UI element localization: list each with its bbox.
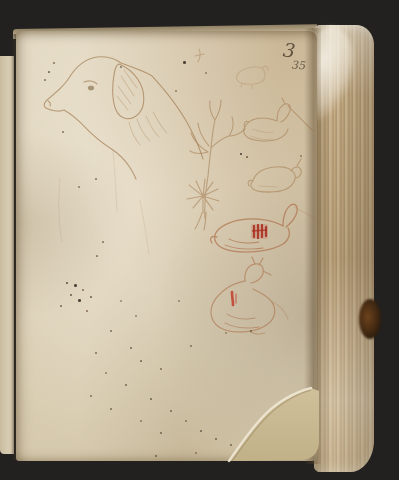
speck	[300, 155, 302, 157]
speck	[120, 300, 122, 302]
speck	[185, 420, 187, 422]
speck	[44, 79, 46, 81]
speck	[66, 282, 68, 284]
thistle-sketch	[187, 100, 245, 230]
speck	[200, 430, 202, 432]
speck	[82, 289, 84, 291]
manuscript-photo: 3 35	[0, 0, 399, 480]
speck	[190, 345, 192, 347]
speck	[135, 315, 137, 317]
speck	[95, 178, 97, 180]
speck	[175, 90, 177, 92]
speck	[246, 156, 248, 158]
speck	[86, 310, 88, 312]
speck	[96, 255, 98, 257]
speck	[140, 420, 142, 422]
speck	[155, 455, 157, 457]
speck	[250, 330, 252, 332]
speck	[205, 72, 207, 74]
speck	[178, 300, 180, 302]
speck	[120, 66, 122, 68]
dog-eye	[88, 86, 94, 91]
ink-squiggle	[195, 49, 204, 62]
speck	[195, 452, 197, 454]
lower-lamb-sketch	[211, 257, 288, 334]
unicorn-sketch	[244, 98, 313, 141]
speck	[125, 384, 127, 386]
speck	[225, 332, 227, 334]
speck	[90, 296, 92, 298]
dog-head-sketch	[44, 57, 203, 254]
speck	[78, 186, 80, 188]
speck	[78, 299, 81, 302]
speck	[160, 432, 162, 434]
speck	[70, 294, 72, 296]
folio-number-small: 35	[292, 60, 307, 72]
speck	[48, 71, 50, 73]
ink-sketches-layer	[0, 0, 399, 480]
speck	[160, 368, 162, 370]
speck	[240, 153, 242, 155]
speck	[53, 62, 55, 64]
speck	[170, 410, 172, 412]
speck	[183, 61, 186, 64]
lamb-sketch	[248, 159, 301, 192]
faint-lamb-sketch	[237, 66, 268, 89]
speck	[110, 330, 112, 332]
speck	[150, 398, 152, 400]
speck	[60, 305, 62, 307]
speck	[95, 352, 97, 354]
speck	[90, 395, 92, 397]
speck	[215, 438, 217, 440]
speck	[110, 408, 112, 410]
speck	[74, 284, 77, 287]
red-stamp	[251, 224, 268, 239]
speck	[140, 360, 142, 362]
speck	[105, 372, 107, 374]
torn-corner-under-page	[229, 388, 319, 461]
speck	[62, 131, 64, 133]
speck	[230, 444, 232, 446]
speck	[130, 347, 132, 349]
speck	[102, 241, 104, 243]
red-ink-mark	[232, 292, 236, 305]
